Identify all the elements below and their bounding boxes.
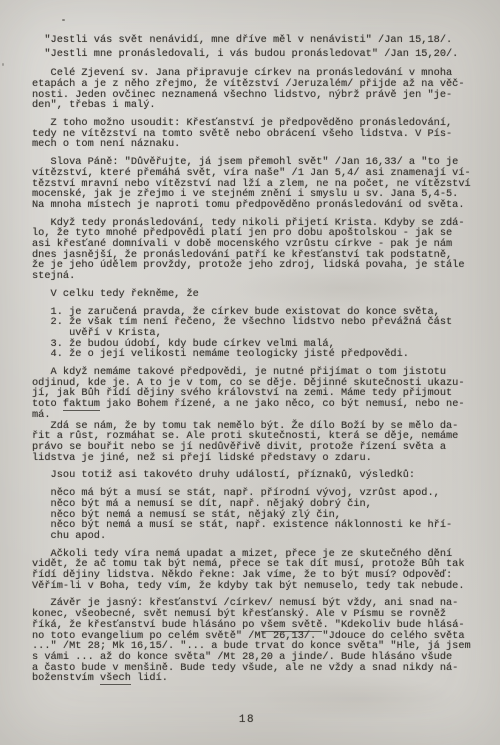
paragraph: Slova Páně: "Důvěřujte, já jsem přemohl …	[32, 157, 488, 211]
text-segment: chu apod.	[32, 530, 106, 542]
paragraph: Z toho možno usoudit: Křesťanství je pře…	[32, 118, 488, 150]
paragraph: Závěr je jasný: křesťanství /církev/ nem…	[32, 598, 488, 684]
document-line: "Jestli mne pronásledovali, i vás budou …	[32, 48, 488, 62]
text-segment: "Jestli vás svět nenávidí, mne dříve měl…	[32, 34, 452, 46]
document-line: toto faktum jako Bohem řízené, a ne jako…	[32, 399, 488, 410]
paragraph: V celku tedy řekněme, že	[32, 289, 488, 300]
text-segment: lidí.	[131, 672, 168, 684]
text-segment: den", třebas i malý.	[32, 99, 156, 111]
paragraph: A když nemáme takové předpovědi, je nutn…	[32, 367, 488, 463]
document-line: chu apod.	[32, 531, 488, 542]
text-segment: "Jestli mne pronásledovali, i vás budou …	[32, 48, 458, 60]
document-line: Na mnoha místech je naproti tomu předpov…	[32, 200, 488, 211]
document-body: "Jestli vás svět nenávidí, mne dříve měl…	[32, 34, 488, 691]
document-line: V celku tedy řekněme, že	[32, 289, 488, 300]
text-segment: že je jeho údělem provždy, protože jeho …	[32, 259, 465, 271]
document-line: stejná.	[32, 271, 488, 282]
underlined-text: všech	[100, 672, 131, 685]
text-segment: mech o tom není náznaku.	[32, 138, 180, 150]
document-line: 4. že o její velikosti nemáme teologicky…	[32, 349, 488, 360]
text-segment: 4. že o její velikosti nemáme teologicky…	[32, 348, 409, 360]
scanned-page: "Jestli vás svět nenávidí, mne dříve měl…	[0, 0, 500, 745]
document-line: boženstvím všech lidí.	[32, 673, 488, 684]
document-line: Jsou totiž asi takovéto druhy událostí, …	[32, 470, 488, 481]
paragraph: Ačkoli tedy víra nemá upadat a mizet, př…	[32, 549, 488, 592]
document-line: lidstva je jiné, než si přejí lidské pře…	[32, 453, 488, 464]
text-segment: V celku tedy řekněme, že	[32, 288, 199, 300]
text-segment: Jsou totiž asi takovéto druhy událostí, …	[32, 469, 415, 481]
paragraph: Celé Zjevení sv. Jana připravuje církev …	[32, 68, 488, 111]
underlined-text: faktum	[63, 398, 100, 411]
text-segment: stejná.	[32, 270, 75, 282]
text-segment: boženstvím	[32, 672, 100, 684]
paragraph: 1. je zaručená pravda, že církev bude ex…	[32, 307, 488, 361]
text-segment: Na mnoha místech je naproti tomu předpov…	[32, 199, 465, 211]
paragraph: Když tedy pronásledování, tedy nikoli př…	[32, 218, 488, 282]
document-line: den", třebas i malý.	[32, 100, 488, 111]
scan-speck	[2, 63, 4, 66]
document-line: Věřím-li v Boha, tedy vím, že kdyby tak …	[32, 581, 488, 592]
text-segment: lidstva je jiné, než si přejí lidské pře…	[32, 452, 372, 464]
paragraph: Jsou totiž asi takovéto druhy událostí, …	[32, 470, 488, 481]
text-segment: jako Bohem řízené, a ne jako něco, co bý…	[100, 398, 465, 410]
scan-speck	[62, 19, 65, 21]
text-segment: Věřím-li v Boha, tedy vím, že kdyby tak …	[32, 580, 465, 592]
paragraph: něco má být a musí se stát, např. přírod…	[32, 488, 488, 542]
page-number: 18	[0, 714, 494, 726]
document-line: mech o tom není náznaku.	[32, 139, 488, 150]
document-line: že je jeho údělem provždy, protože jeho …	[32, 260, 488, 271]
paragraph: "Jestli vás svět nenávidí, mne dříve měl…	[32, 34, 488, 61]
document-line: "Jestli vás svět nenávidí, mne dříve měl…	[32, 34, 488, 48]
